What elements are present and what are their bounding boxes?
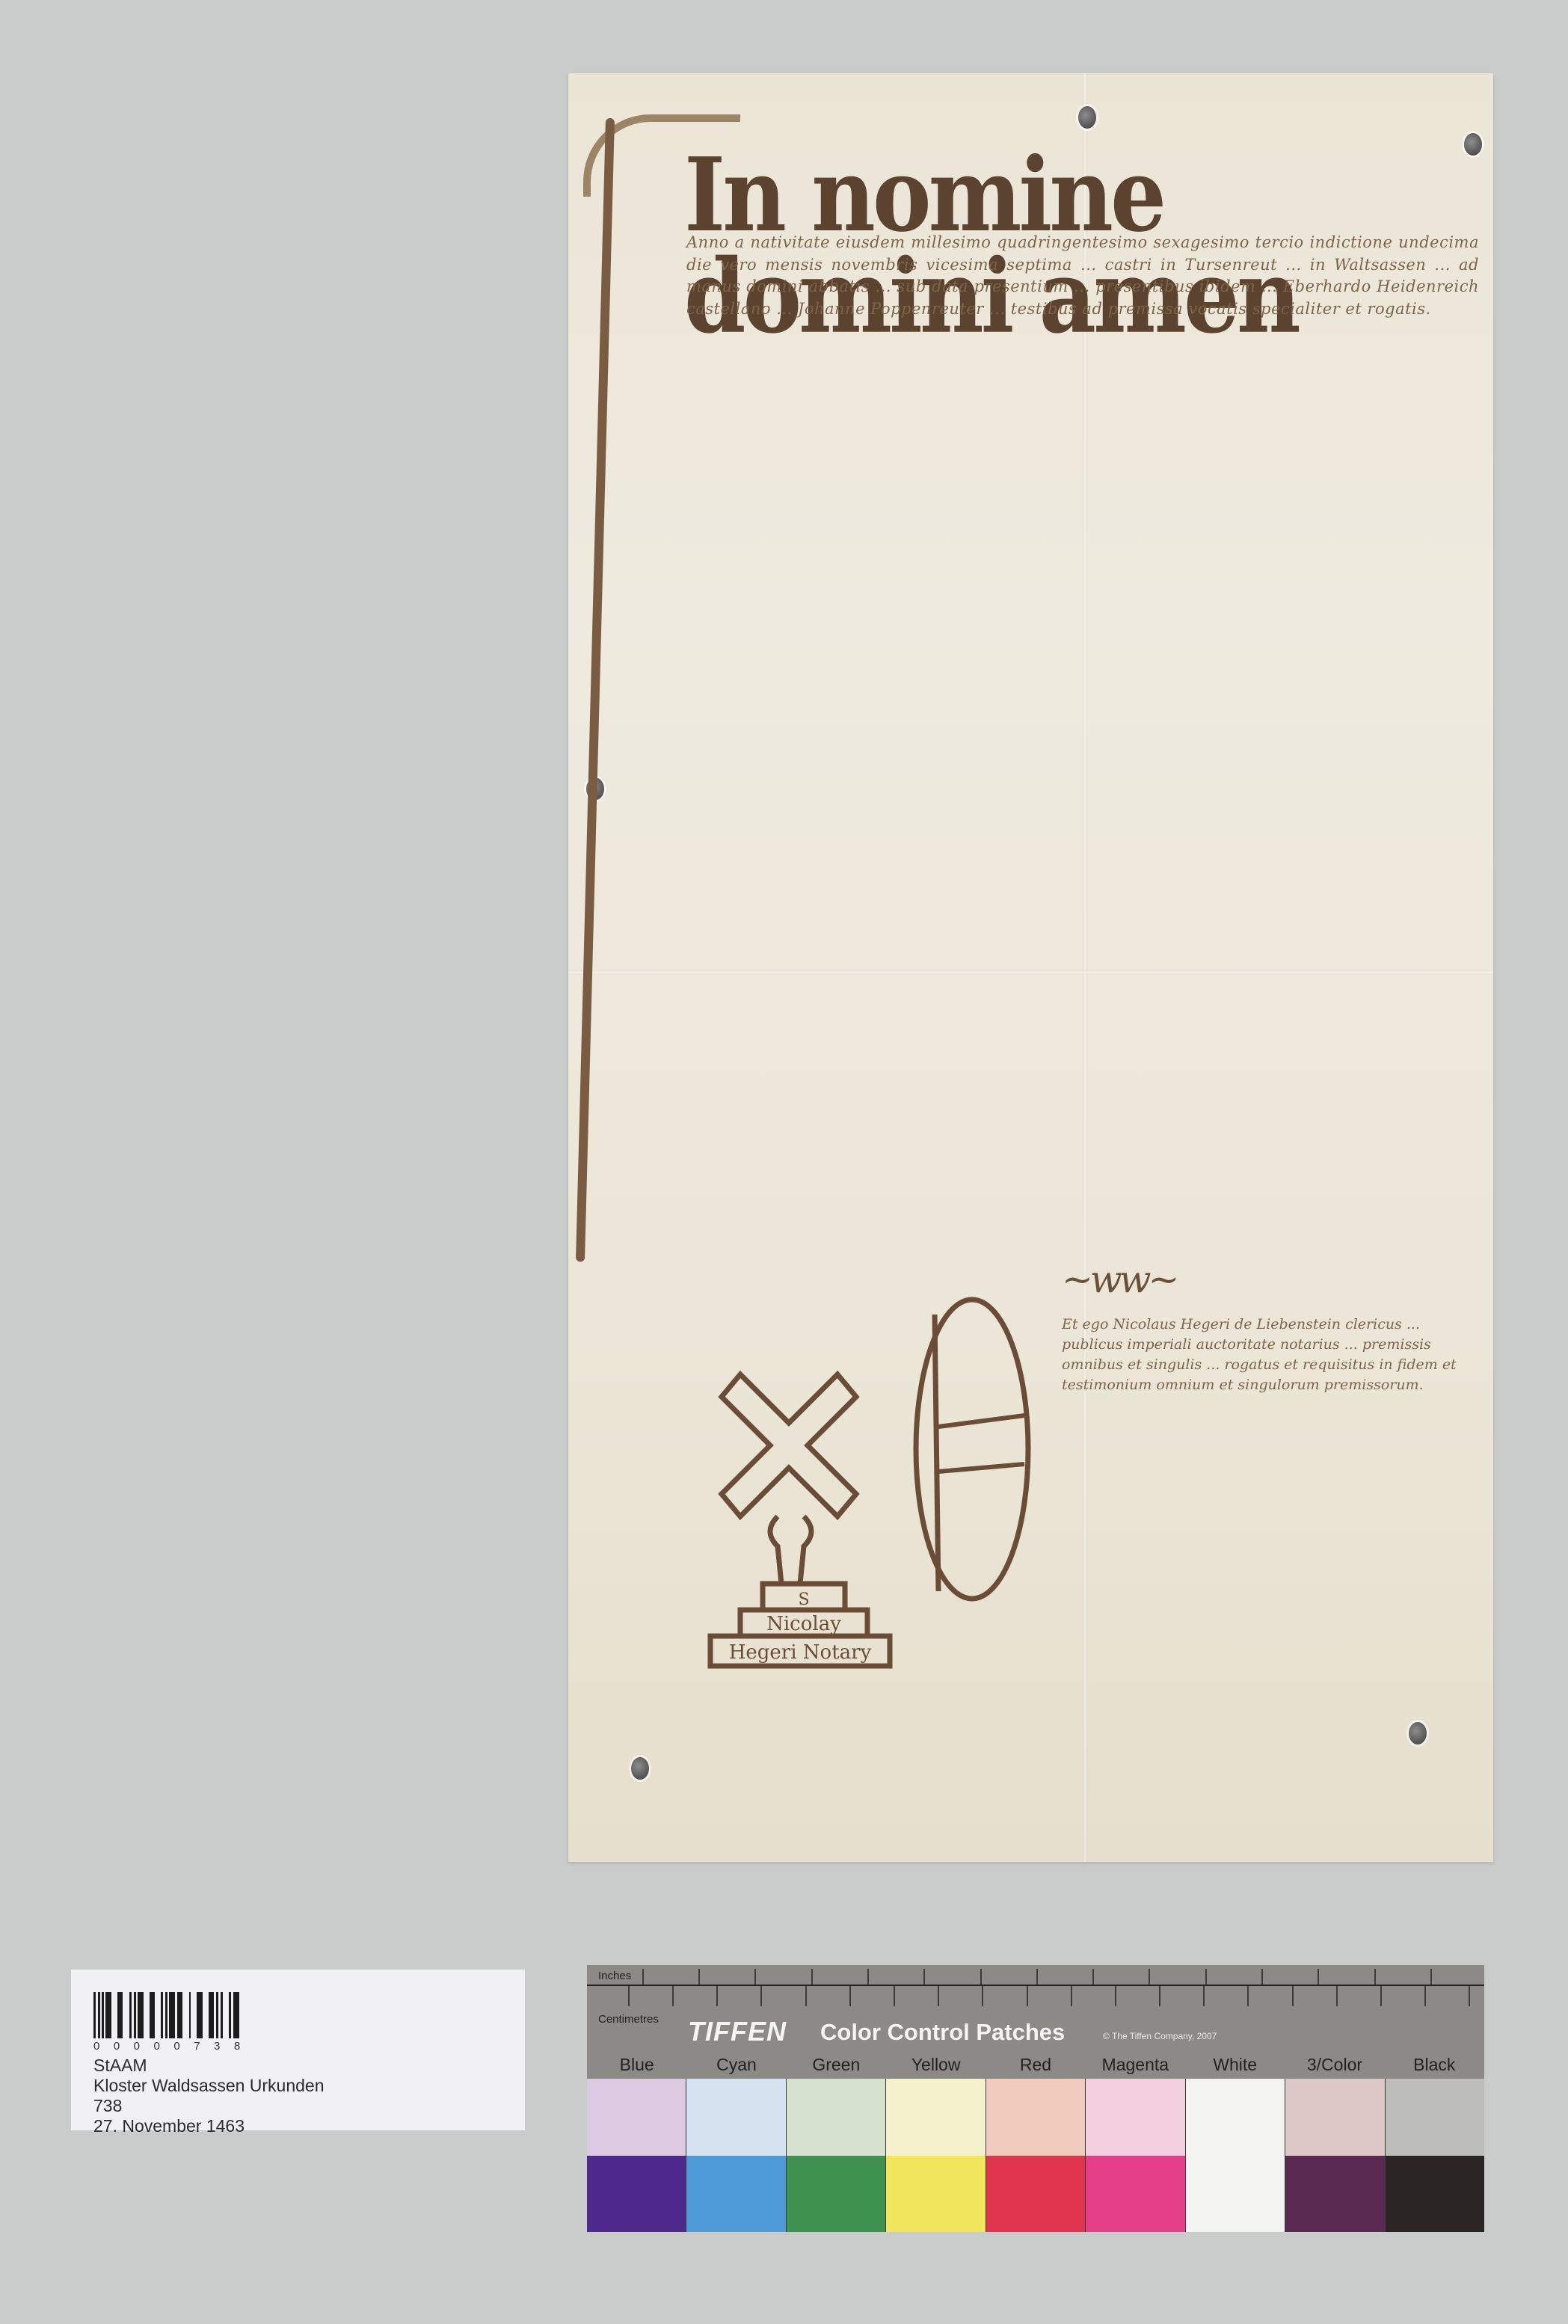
label-fonds: Kloster Waldsassen Urkunden <box>93 2076 325 2096</box>
card-title: Color Control Patches <box>820 2019 1065 2046</box>
patch-light <box>1285 2079 1384 2156</box>
patch-light <box>587 2079 686 2156</box>
patch-label-red: Red <box>986 2055 1085 2075</box>
patch-light <box>1186 2079 1285 2156</box>
svg-text:Hegeri Notary: Hegeri Notary <box>729 1641 872 1664</box>
mounting-hole <box>1078 106 1096 129</box>
mounting-hole <box>631 1757 649 1780</box>
patch-label-3color: 3/Color <box>1285 2055 1384 2075</box>
initial-letter-stem <box>576 118 615 1262</box>
patch-green <box>787 2079 886 2232</box>
patch-light <box>787 2079 885 2156</box>
notary-subscription: ~ww~ Et ego Nicolaus Hegeri de Liebenste… <box>1062 1270 1481 1395</box>
patch-label-yellow: Yellow <box>886 2055 986 2075</box>
patch-labels: Blue Cyan Green Yellow Red Magenta White… <box>587 2055 1484 2075</box>
patch-3color <box>1285 2079 1385 2232</box>
barcode <box>93 1992 239 2038</box>
label-date: 27. November 1463 <box>93 2116 325 2136</box>
card-copyright: © The Tiffen Company, 2007 <box>1103 2031 1217 2041</box>
svg-text:Nicolay: Nicolay <box>766 1613 841 1635</box>
patch-white <box>1186 2079 1285 2232</box>
horizontal-fold <box>568 971 1493 974</box>
patch-red <box>986 2079 1086 2232</box>
inches-label: Inches <box>598 1970 631 1982</box>
mounting-hole <box>1409 1722 1427 1744</box>
label-number: 738 <box>93 2096 325 2116</box>
patch-black <box>1386 2079 1484 2232</box>
patch-label-magenta: Magenta <box>1086 2055 1185 2075</box>
patch-light <box>1386 2079 1484 2156</box>
tiffen-color-card: Inches Centimetres TIFFEN Color Control … <box>587 1965 1484 2232</box>
charter-parchment: In nomine domini amen Anno a nativitate … <box>568 73 1493 1862</box>
charter-body-text: Anno a nativitate eiusdem millesimo quad… <box>686 232 1479 320</box>
patch-label-white: White <box>1185 2055 1285 2075</box>
patch-light <box>686 2079 785 2156</box>
patch-cyan <box>686 2079 786 2232</box>
patch-light <box>1086 2079 1184 2156</box>
svg-text:S: S <box>798 1590 809 1609</box>
patch-blue <box>587 2079 686 2232</box>
notary-initial-e <box>897 1270 1047 1614</box>
patch-light <box>886 2079 985 2156</box>
patch-yellow <box>886 2079 986 2232</box>
patch-magenta <box>1086 2079 1185 2232</box>
patch-light <box>986 2079 1085 2156</box>
patch-dark <box>1086 2156 1184 2233</box>
patch-dark <box>986 2156 1085 2233</box>
subscription-text: Et ego Nicolaus Hegeri de Liebenstein cl… <box>1062 1316 1457 1393</box>
patch-dark <box>787 2156 885 2233</box>
barcode-number: 00000738 <box>93 2040 254 2053</box>
subscription-flourish: ~ww~ <box>1062 1270 1481 1315</box>
tiffen-logo: TIFFEN <box>688 2016 787 2047</box>
patch-dark <box>1285 2156 1384 2233</box>
patch-dark <box>886 2156 985 2233</box>
patch-dark <box>1386 2156 1484 2233</box>
label-archive: StAAM <box>93 2056 325 2076</box>
patch-label-blue: Blue <box>587 2055 686 2075</box>
color-patches <box>587 2079 1484 2232</box>
label-text: StAAM Kloster Waldsassen Urkunden 738 27… <box>93 2056 325 2136</box>
patch-dark <box>1186 2156 1285 2233</box>
patch-label-green: Green <box>787 2055 886 2075</box>
centimetres-label: Centimetres <box>598 2013 659 2026</box>
archive-label: 00000738 StAAM Kloster Waldsassen Urkund… <box>71 1970 525 2130</box>
patch-dark <box>587 2156 686 2233</box>
patch-label-cyan: Cyan <box>686 2055 786 2075</box>
patch-label-black: Black <box>1385 2055 1484 2075</box>
patch-dark <box>686 2156 785 2233</box>
